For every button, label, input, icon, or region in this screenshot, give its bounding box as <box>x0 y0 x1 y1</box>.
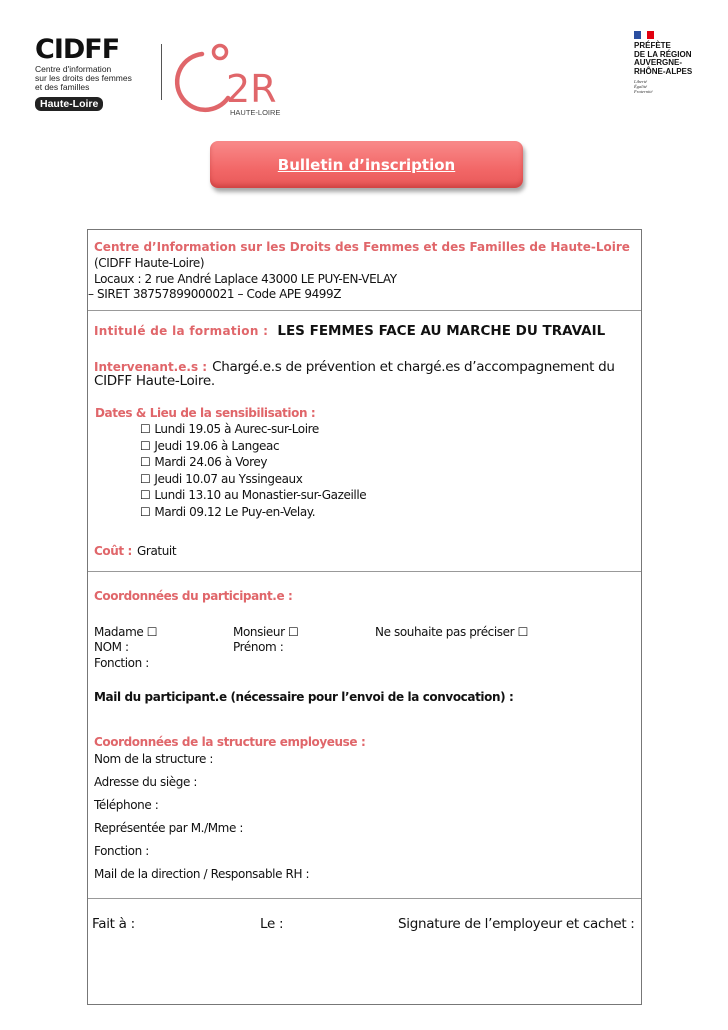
o2r-wordmark: 2R <box>226 67 277 111</box>
french-flag-icon <box>634 31 654 39</box>
civility-madame[interactable]: Madame ☐ <box>94 625 157 639</box>
participant-mail-field[interactable]: Mail du participant.e (nécessaire pour l… <box>94 690 513 704</box>
checkbox-icon[interactable]: ☐ <box>140 488 150 502</box>
civility-unspecified[interactable]: Ne souhaite pas préciser ☐ <box>375 625 528 639</box>
o2r-logo: 2R <box>172 36 302 118</box>
speakers-label: Intervenant.e.s : <box>94 360 207 374</box>
cost-row: Coût : Gratuit <box>94 540 176 559</box>
prefet-logo: PRÉFÈTE DE LA RÉGION AUVERGNE- RHÔNE-ALP… <box>634 31 714 94</box>
organization-section: Centre d’Information sur les Droits des … <box>88 230 641 311</box>
title-banner: Bulletin d’inscription <box>210 141 523 188</box>
page-title: Bulletin d’inscription <box>278 156 455 174</box>
checkbox-icon[interactable]: ☐ <box>140 422 150 436</box>
fonction-field[interactable]: Fonction : <box>94 656 149 670</box>
checkbox-icon[interactable]: ☐ <box>140 439 150 453</box>
prenom-field[interactable]: Prénom : <box>233 640 283 654</box>
motto-line: Fraternité <box>634 89 714 94</box>
organization-short: (CIDFF Haute-Loire) <box>94 256 204 270</box>
o2r-subtitle: HAUTE-LOIRE <box>230 108 280 117</box>
checkbox-icon[interactable]: ☐ <box>140 505 150 519</box>
organization-name: Centre d’Information sur les Droits des … <box>94 240 630 254</box>
session-option[interactable]: ☐Mardi 24.06 à Vorey <box>140 455 267 469</box>
session-label: Lundi 19.05 à Aurec-sur-Loire <box>154 422 319 436</box>
session-label: Mardi 24.06 à Vorey <box>154 455 267 469</box>
checkbox-icon[interactable]: ☐ <box>140 455 150 469</box>
participant-section-label: Coordonnées du participant.e : <box>94 589 292 603</box>
participant-section: Coordonnées du participant.e : Madame ☐ … <box>88 572 641 899</box>
session-label: Lundi 13.10 au Monastier-sur-Gazeille <box>154 488 366 502</box>
session-option[interactable]: ☐Lundi 13.10 au Monastier-sur-Gazeille <box>140 488 366 502</box>
speakers-value: Chargé.e.s de prévention et chargé.es d’… <box>212 359 615 375</box>
employer-field[interactable]: Représentée par M./Mme : <box>94 821 243 835</box>
cidff-subtitle: Centre d'information sur les droits des … <box>35 65 145 92</box>
cidff-badge: Haute-Loire <box>35 97 103 111</box>
signature-section: Fait à : Le : Signature de l’employeur e… <box>88 899 641 1006</box>
prefet-title: PRÉFÈTE DE LA RÉGION AUVERGNE- RHÔNE-ALP… <box>634 42 714 76</box>
cidff-logo: CIDFF Centre d'information sur les droit… <box>35 37 145 111</box>
date-field[interactable]: Le : <box>260 916 283 932</box>
organization-address: Locaux : 2 rue André Laplace 43000 LE PU… <box>94 272 397 286</box>
cost-label: Coût : <box>94 544 132 558</box>
session-option[interactable]: ☐Mardi 09.12 Le Puy-en-Velay. <box>140 505 315 519</box>
employer-field[interactable]: Fonction : <box>94 844 149 858</box>
civility-monsieur[interactable]: Monsieur ☐ <box>233 625 298 639</box>
organization-siret: – SIRET 38757899000021 – Code APE 9499Z <box>88 287 341 301</box>
session-label: Jeudi 19.06 à Langeac <box>154 439 279 453</box>
training-title-row: Intitulé de la formation : LES FEMMES FA… <box>94 320 605 339</box>
session-option[interactable]: ☐Jeudi 10.07 au Yssingeaux <box>140 472 302 486</box>
signature-field[interactable]: Signature de l’employeur et cachet : <box>398 916 635 932</box>
registration-form: Centre d’Information sur les Droits des … <box>87 229 642 1005</box>
cidff-wordmark: CIDFF <box>35 37 145 63</box>
session-option[interactable]: ☐Lundi 19.05 à Aurec-sur-Loire <box>140 422 319 436</box>
prefet-motto: Liberté Égalité Fraternité <box>634 79 714 94</box>
cost-value: Gratuit <box>137 544 176 558</box>
employer-field[interactable]: Adresse du siège : <box>94 775 197 789</box>
session-label: Mardi 09.12 Le Puy-en-Velay. <box>154 505 315 519</box>
dates-label: Dates & Lieu de la sensibilisation : <box>95 406 315 420</box>
training-section: Intitulé de la formation : LES FEMMES FA… <box>88 311 641 572</box>
employer-field[interactable]: Mail de la direction / Responsable RH : <box>94 867 309 881</box>
place-field[interactable]: Fait à : <box>92 916 135 932</box>
logo-divider <box>161 44 162 100</box>
speakers-value-cont: CIDFF Haute-Loire. <box>94 373 215 389</box>
employer-field[interactable]: Téléphone : <box>94 798 158 812</box>
prefet-title-line: RHÔNE-ALPES <box>634 68 714 77</box>
training-title-label: Intitulé de la formation : <box>94 324 268 338</box>
employer-field[interactable]: Nom de la structure : <box>94 752 213 766</box>
employer-section-label: Coordonnées de la structure employeuse : <box>94 735 365 749</box>
nom-field[interactable]: NOM : <box>94 640 129 654</box>
session-option[interactable]: ☐Jeudi 19.06 à Langeac <box>140 439 279 453</box>
cidff-subtitle-line: et des familles <box>35 83 145 92</box>
checkbox-icon[interactable]: ☐ <box>140 472 150 486</box>
session-label: Jeudi 10.07 au Yssingeaux <box>154 472 302 486</box>
training-title-value: LES FEMMES FACE AU MARCHE DU TRAVAIL <box>277 323 605 339</box>
